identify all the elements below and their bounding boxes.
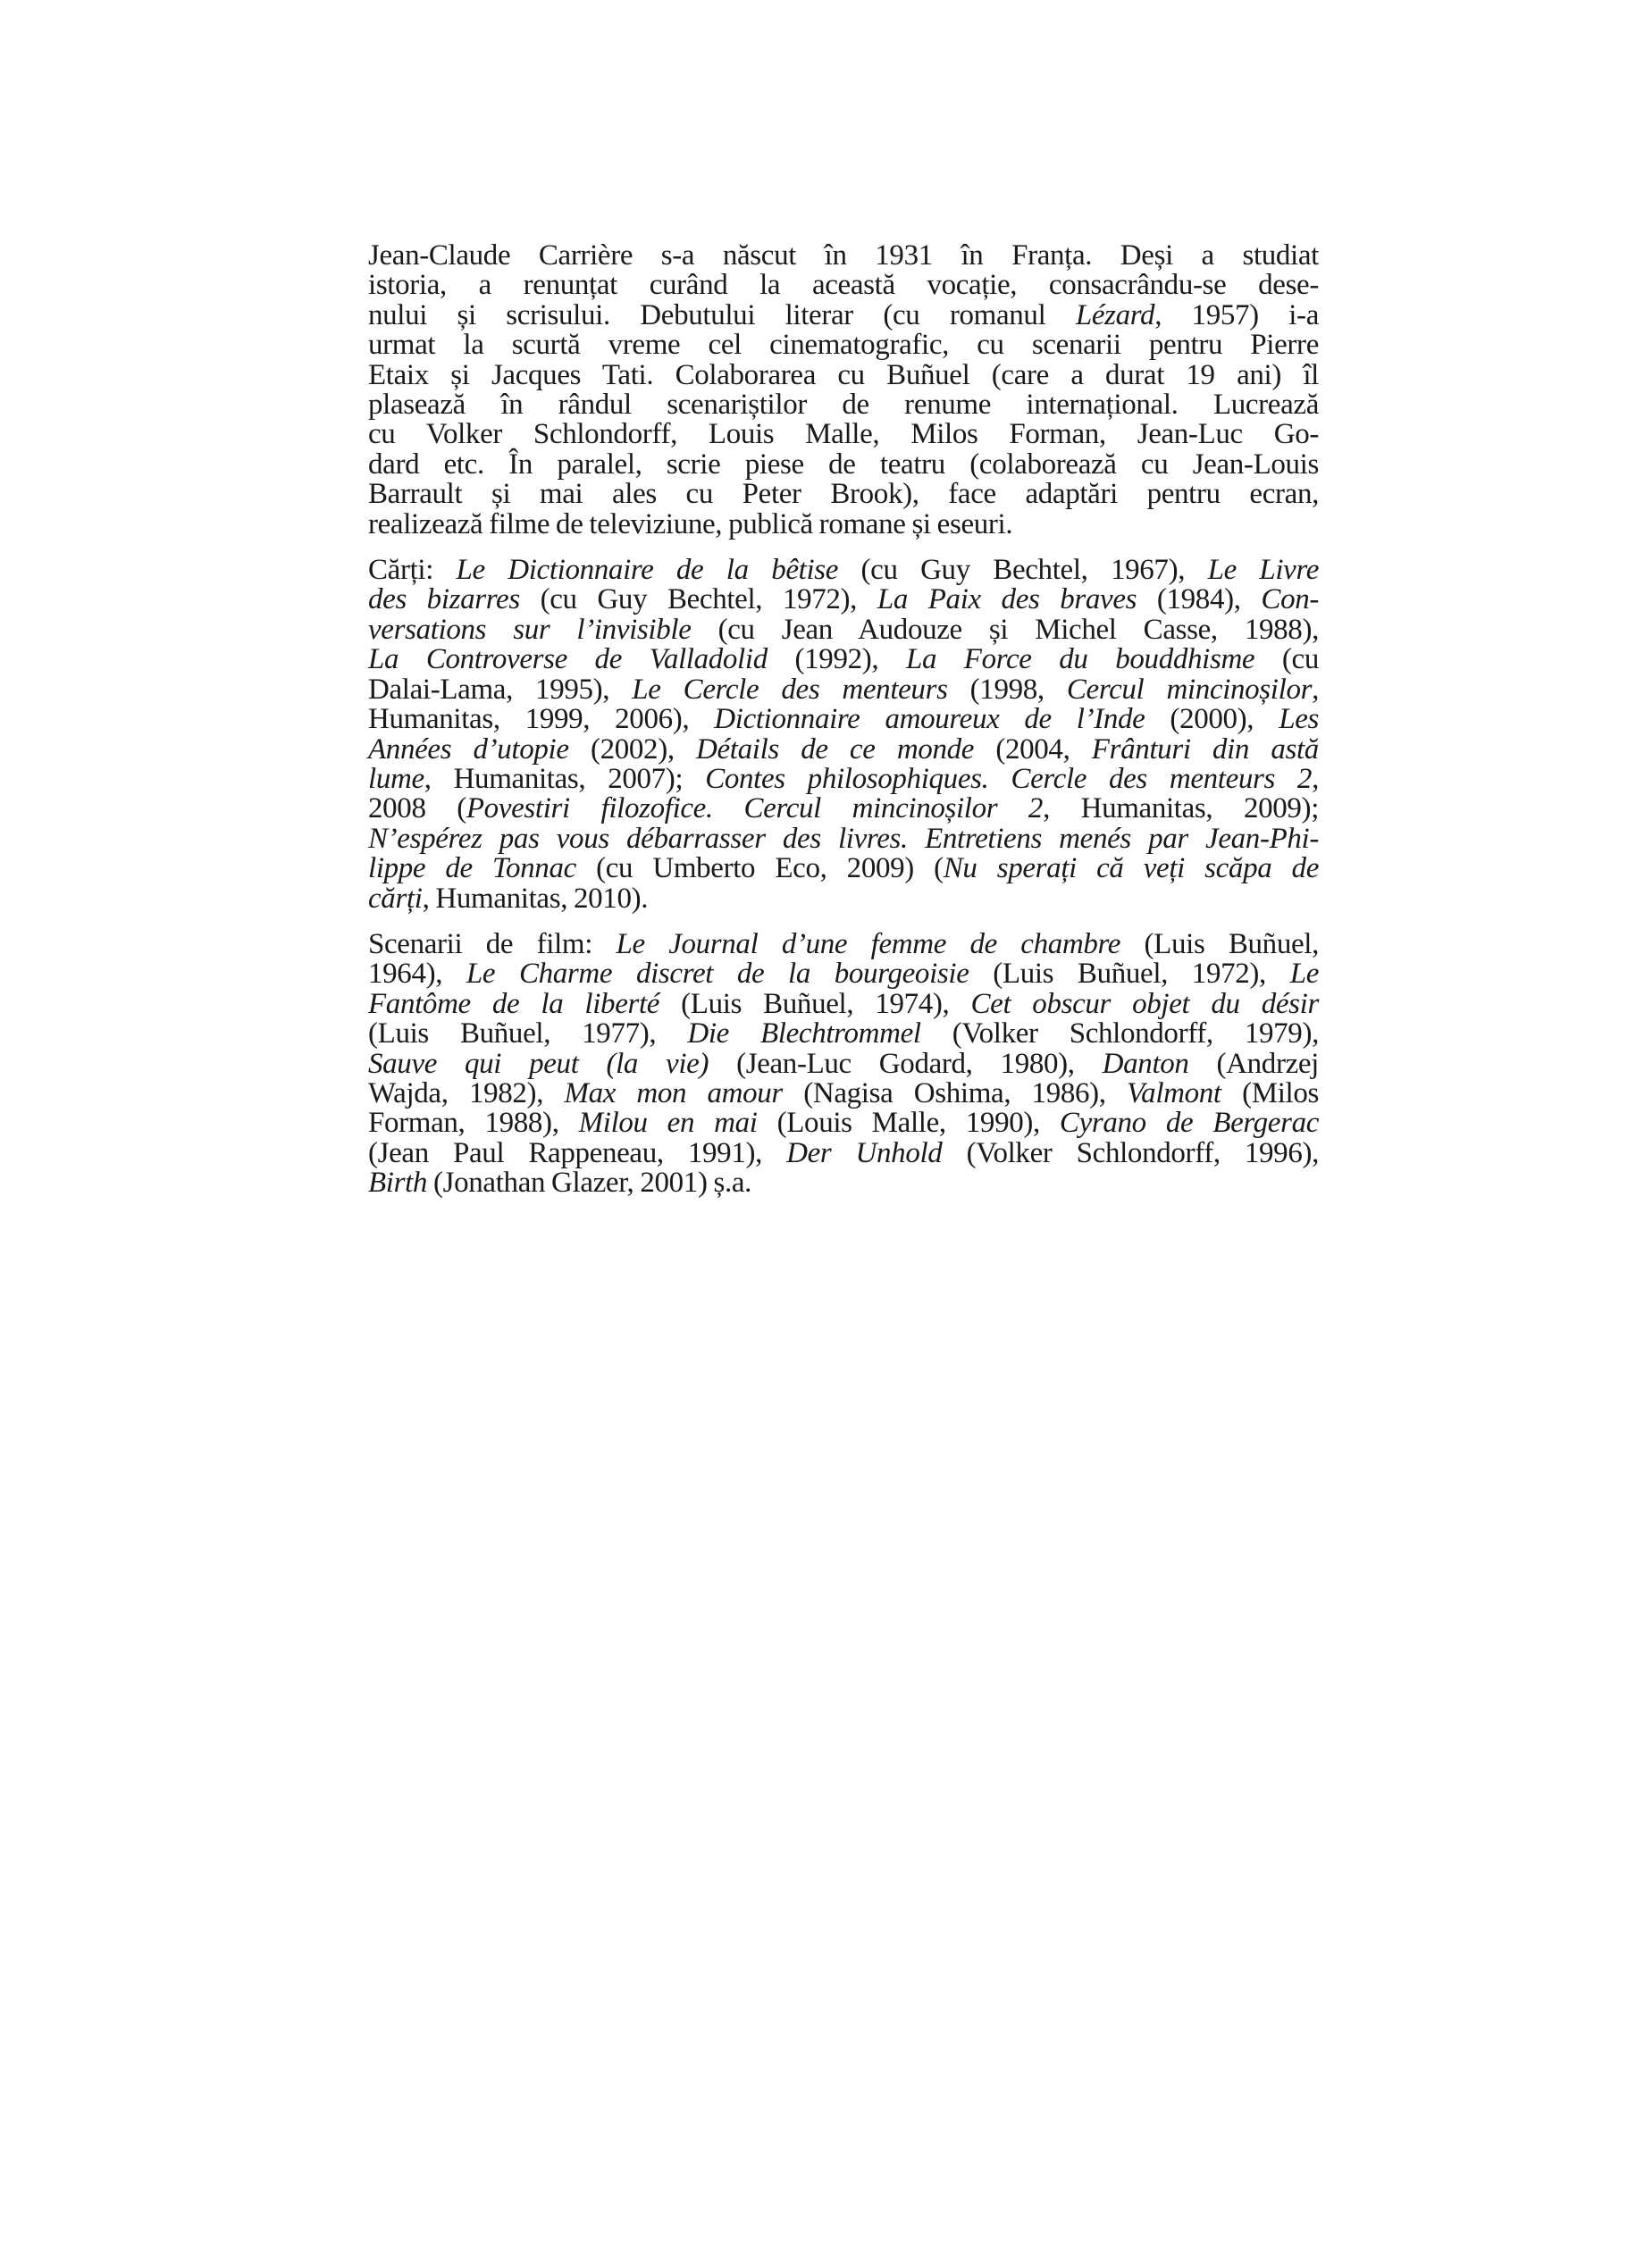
text-run: Cărți: — [368, 554, 457, 586]
text-run: (1992), — [768, 643, 906, 675]
paragraph-books: Cărți: Le Dictionnaire de la bêtise (cu … — [368, 556, 1319, 914]
italic-title: Der Unhold — [786, 1137, 942, 1169]
text-line: Barrault și mai ales cu Peter Brook), fa… — [368, 480, 1319, 509]
text-line: nului și scrisului. Debutului literar (c… — [368, 301, 1319, 331]
text-line: realizează filme de televiziune, publică… — [368, 510, 1319, 540]
text-line: 1964), Le Charme discret de la bourgeois… — [368, 959, 1319, 989]
text-run: (Volker Schlondorff, 1979), — [921, 1017, 1319, 1050]
text-run: plasează în rândul scenariștilor de renu… — [368, 389, 1319, 421]
text-run: (Jean-Luc Godard, 1980), — [709, 1048, 1103, 1080]
text-run: (cu Guy Bechtel, 1967), — [838, 554, 1207, 586]
text-run: Etaix și Jacques Tati. Colaborarea cu Bu… — [368, 359, 1319, 391]
italic-title: La Controverse de Valladolid — [368, 643, 768, 675]
text-line: Dalai-Lama, 1995), Le Cercle des menteur… — [368, 675, 1319, 705]
italic-title: Le Dictionnaire de la bêtise — [457, 554, 839, 586]
italic-title: lippe de Tonnac — [368, 852, 576, 884]
italic-title: Le Journal d’une femme de chambre — [616, 928, 1120, 960]
text-line: Jean-Claude Carrière s-a născut în 1931 … — [368, 241, 1319, 271]
italic-title: La Paix des braves — [877, 583, 1137, 615]
text-run: (Luis Buñuel, 1972), — [969, 958, 1290, 990]
italic-title: Valmont — [1127, 1077, 1221, 1109]
text-line: urmat la scurtă vreme cel cinematografic… — [368, 331, 1319, 360]
text-run: , Humanitas, 2007); — [424, 763, 705, 795]
italic-title: Dictionnaire amoureux de l’Inde — [714, 703, 1145, 735]
text-line: dard etc. În paralel, scrie piese de tea… — [368, 450, 1319, 480]
italic-title: cărți — [368, 883, 423, 915]
text-run: cu Volker Schlondorff, Louis Malle, Milo… — [368, 418, 1319, 450]
text-run: (cu Jean Audouze și Michel Casse, 1988), — [692, 614, 1319, 646]
italic-title: Années d’utopie — [368, 733, 569, 766]
italic-title: N’espérez pas vous débarrasser des livre… — [368, 823, 1319, 855]
italic-title: Cyrano de Bergerac — [1060, 1107, 1319, 1139]
italic-title: Nu sperați că veți scăpa de — [944, 852, 1319, 884]
text-run: (Andrzej — [1189, 1048, 1319, 1080]
text-run: (cu — [1254, 643, 1319, 675]
text-run: Scenarii de film: — [368, 928, 616, 960]
text-run: , 1957) i-a — [1154, 299, 1319, 331]
text-line: Birth (Jonathan Glazer, 2001) ș.a. — [368, 1168, 1319, 1198]
text-run: Wajda, 1982), — [368, 1077, 564, 1109]
italic-title: Die Blechtrommel — [687, 1017, 920, 1050]
paragraph-biography: Jean-Claude Carrière s-a născut în 1931 … — [368, 241, 1319, 540]
text-run: (Jonathan Glazer, 2001) ș.a. — [427, 1167, 751, 1199]
text-line: Cărți: Le Dictionnaire de la bêtise (cu … — [368, 556, 1319, 585]
text-run: (Milos — [1221, 1077, 1319, 1109]
italic-title: versations sur l’invisible — [368, 614, 692, 646]
text-run: , — [1312, 763, 1319, 795]
text-run: , Humanitas, 2009); — [1043, 792, 1319, 824]
text-run: (Jean Paul Rappeneau, 1991), — [368, 1137, 786, 1169]
text-run: (Volker Schlondorff, 1996), — [942, 1137, 1319, 1169]
italic-title: Birth — [368, 1167, 427, 1199]
text-run: Humanitas, 1999, 2006), — [368, 703, 714, 735]
text-run: 2008 ( — [368, 792, 466, 824]
text-run: (Louis Malle, 1990), — [758, 1107, 1060, 1139]
italic-title: lume — [368, 763, 424, 795]
italic-title: Frânturi din astă — [1092, 733, 1319, 766]
text-run: 1964), — [368, 958, 466, 990]
text-line: Sauve qui peut (la vie) (Jean-Luc Godard… — [368, 1050, 1319, 1079]
text-line: istoria, a renunțat curând la această vo… — [368, 271, 1319, 300]
text-line: N’espérez pas vous débarrasser des livre… — [368, 824, 1319, 854]
italic-title: Max mon amour — [564, 1077, 782, 1109]
text-line: cărți, Humanitas, 2010). — [368, 884, 1319, 914]
document-page: Jean-Claude Carrière s-a născut în 1931 … — [368, 241, 1319, 1215]
text-run: (2000), — [1145, 703, 1279, 735]
paragraph-screenplays: Scenarii de film: Le Journal d’une femme… — [368, 930, 1319, 1199]
text-run: dard etc. În paralel, scrie piese de tea… — [368, 448, 1319, 481]
italic-title: Le Livre — [1208, 554, 1319, 586]
text-run: (2004, — [974, 733, 1092, 766]
italic-title: Cet obscur objet du désir — [970, 988, 1319, 1020]
text-run: , — [1312, 674, 1319, 706]
text-line: des bizarres (cu Guy Bechtel, 1972), La … — [368, 585, 1319, 615]
text-run: (2002), — [569, 733, 696, 766]
text-run: (Luis Buñuel, 1977), — [368, 1017, 687, 1050]
italic-title: Sauve qui peut (la vie) — [368, 1048, 709, 1080]
text-line: Forman, 1988), Milou en mai (Louis Malle… — [368, 1109, 1319, 1138]
text-run: Forman, 1988), — [368, 1107, 579, 1139]
italic-title: des bizarres — [368, 583, 520, 615]
text-line: lume, Humanitas, 2007); Contes philosoph… — [368, 765, 1319, 794]
italic-title: Milou en mai — [579, 1107, 758, 1139]
text-line: Humanitas, 1999, 2006), Dictionnaire amo… — [368, 705, 1319, 734]
italic-title: Les — [1279, 703, 1319, 735]
text-run: , Humanitas, 2010). — [423, 883, 649, 915]
italic-title: Povestiri filozofice. Cercul mincinoșilo… — [466, 792, 1043, 824]
text-line: plasează în rândul scenariștilor de renu… — [368, 390, 1319, 420]
text-run: (cu Umberto Eco, 2009) ( — [576, 852, 944, 884]
text-line: (Jean Paul Rappeneau, 1991), Der Unhold … — [368, 1139, 1319, 1168]
text-run: (Luis Buñuel, — [1120, 928, 1319, 960]
text-run: urmat la scurtă vreme cel cinematografic… — [368, 329, 1319, 361]
text-line: cu Volker Schlondorff, Louis Malle, Milo… — [368, 420, 1319, 449]
text-run: istoria, a renunțat curând la această vo… — [368, 269, 1319, 301]
text-line: Fantôme de la liberté (Luis Buñuel, 1974… — [368, 990, 1319, 1019]
italic-title: Le — [1290, 958, 1319, 990]
text-line: lippe de Tonnac (cu Umberto Eco, 2009) (… — [368, 854, 1319, 883]
text-line: La Controverse de Valladolid (1992), La … — [368, 645, 1319, 674]
text-run: (1998, — [948, 674, 1067, 706]
italic-title: Détails de ce monde — [696, 733, 974, 766]
italic-title: Cercul mincinoșilor — [1067, 674, 1312, 706]
text-run: realizează filme de televiziune, publică… — [368, 508, 1012, 540]
text-line: Scenarii de film: Le Journal d’une femme… — [368, 930, 1319, 959]
text-run: Barrault și mai ales cu Peter Brook), fa… — [368, 478, 1319, 510]
italic-title: Lézard — [1076, 299, 1154, 331]
italic-title: Le Cercle des menteurs — [632, 674, 947, 706]
text-line: versations sur l’invisible (cu Jean Audo… — [368, 615, 1319, 645]
text-run: (Luis Buñuel, 1974), — [659, 988, 970, 1020]
text-run: Dalai-Lama, 1995), — [368, 674, 632, 706]
text-run: (Nagisa Oshima, 1986), — [783, 1077, 1127, 1109]
italic-title: Danton — [1103, 1048, 1189, 1080]
text-line: Wajda, 1982), Max mon amour (Nagisa Oshi… — [368, 1079, 1319, 1109]
text-line: Etaix și Jacques Tati. Colaborarea cu Bu… — [368, 361, 1319, 390]
text-line: 2008 (Povestiri filozofice. Cercul minci… — [368, 794, 1319, 824]
text-line: Années d’utopie (2002), Détails de ce mo… — [368, 735, 1319, 765]
italic-title: Con- — [1261, 583, 1319, 615]
italic-title: Le Charme discret de la bourgeoisie — [466, 958, 969, 990]
text-line: (Luis Buñuel, 1977), Die Blechtrommel (V… — [368, 1019, 1319, 1049]
text-run: (cu Guy Bechtel, 1972), — [520, 583, 877, 615]
text-run: (1984), — [1137, 583, 1261, 615]
text-run: Jean-Claude Carrière s-a născut în 1931 … — [368, 239, 1319, 272]
italic-title: Fantôme de la liberté — [368, 988, 659, 1020]
text-run: nului și scrisului. Debutului literar (c… — [368, 299, 1076, 331]
italic-title: Contes philosophiques. Cercle des menteu… — [705, 763, 1312, 795]
italic-title: La Force du bouddhisme — [906, 643, 1254, 675]
